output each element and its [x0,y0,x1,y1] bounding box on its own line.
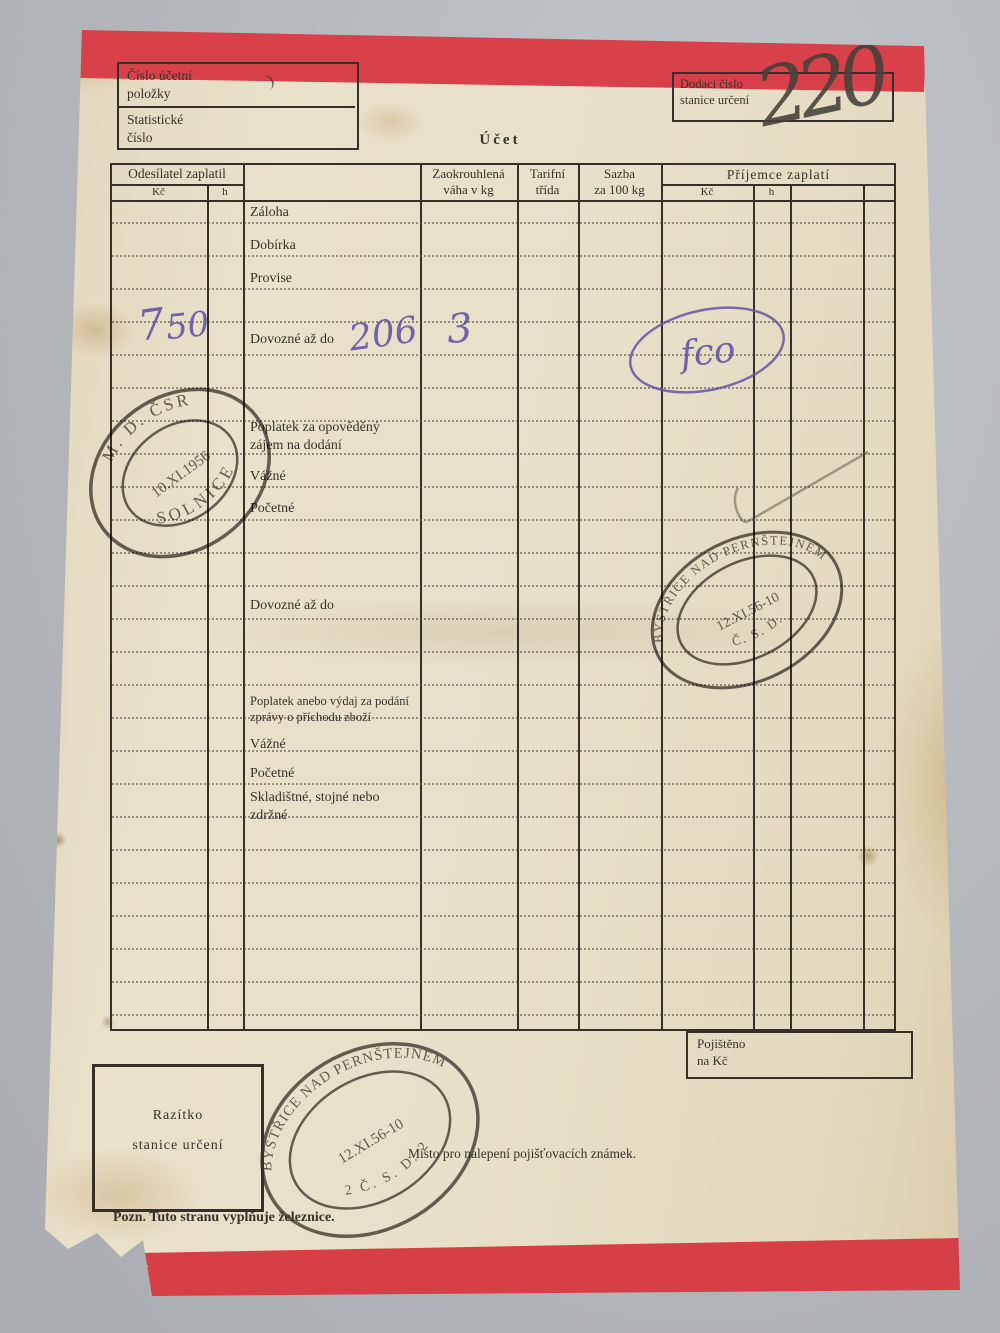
statistical-number-label: Statistické číslo [127,111,183,146]
franco-oval-annotation: fco [617,289,797,410]
header-bottom-line [110,200,896,202]
dotted-row-line [112,717,894,719]
dotted-row-line [112,222,894,224]
header-sender-kc: Kč [110,186,207,199]
account-stat-divider [117,106,355,108]
dotted-row-line [112,816,894,818]
delivery-number-label: Dodací číslo stanice určení [680,76,749,109]
account-number-label: Číslo účetní položky [127,67,192,102]
header-receiver-pays: Příjemce zaplatí [661,167,896,183]
handwritten-sender-h: 50 [164,304,211,348]
header-rate-per-100kg: Sazba za 100 kg [578,166,661,198]
row-label-zaloha: Záloha [250,204,425,222]
dotted-row-line [112,882,894,884]
page-title: Účet [440,132,560,149]
table-column-divider [578,163,580,1031]
stamp-bystrice-bottom-date: 12.XI.56-10 [335,1116,406,1167]
row-label-vazne-2: Vážné [250,736,425,754]
row-label-skladistne: Skladištné, stojné nebo zdržné [250,789,425,825]
dotted-row-line [112,915,894,917]
insurance-sticker-note: Místo pro nalepení pojišťovacích známek. [408,1146,636,1162]
row-label-provise: Provise [250,270,425,288]
header-tariff-class: Tarifní třída [517,166,578,198]
franco-text: fco [675,329,737,376]
paper: Číslo účetní položky Statistické číslo D… [0,0,1000,1333]
handwritten-delivery-number: 220 [748,28,890,145]
dotted-row-line [112,981,894,983]
table-column-divider [517,163,519,1031]
header-rounded-weight: Zaokrouhlená váha v kg [420,166,517,198]
dotted-row-line [112,750,894,752]
razitko-label-line2: stanice určení [92,1138,264,1154]
row-label-dobirka: Dobírka [250,237,425,255]
razitko-label-line1: Razítko [92,1108,264,1124]
header-receiver-h: h [753,186,790,199]
footer-note: Pozn. Tuto stranu vyplňuje železnice. [113,1210,335,1226]
svg-text:M. D. ČSR: M. D. ČSR [90,378,199,469]
header-receiver-kc: Kč [661,186,753,199]
row-label-poplatek-zprava: Poplatek anebo výdaj za podání zprávy o … [250,693,425,725]
dotted-row-line [112,948,894,950]
header-sender-h: h [207,186,243,199]
insured-label: Pojištěno na Kč [697,1036,745,1070]
row-label-dovozne-2: Dovozné až do [250,597,425,615]
stamp-solnice-top-text: M. D. ČSR [90,378,199,469]
header-sender-paid: Odesílatel zaplatil [110,166,244,182]
dotted-row-line [112,684,894,686]
dotted-row-line [112,255,894,257]
handwritten-weight-value: 3 [445,305,474,353]
dotted-row-line [112,1014,894,1016]
dotted-row-line [112,783,894,785]
table-column-divider [243,163,245,1031]
dotted-row-line [112,849,894,851]
photo-of-form: { "form": { "title": "Účet", "account_bo… [0,0,1000,1333]
row-label-pocetne-2: Početné [250,765,425,783]
